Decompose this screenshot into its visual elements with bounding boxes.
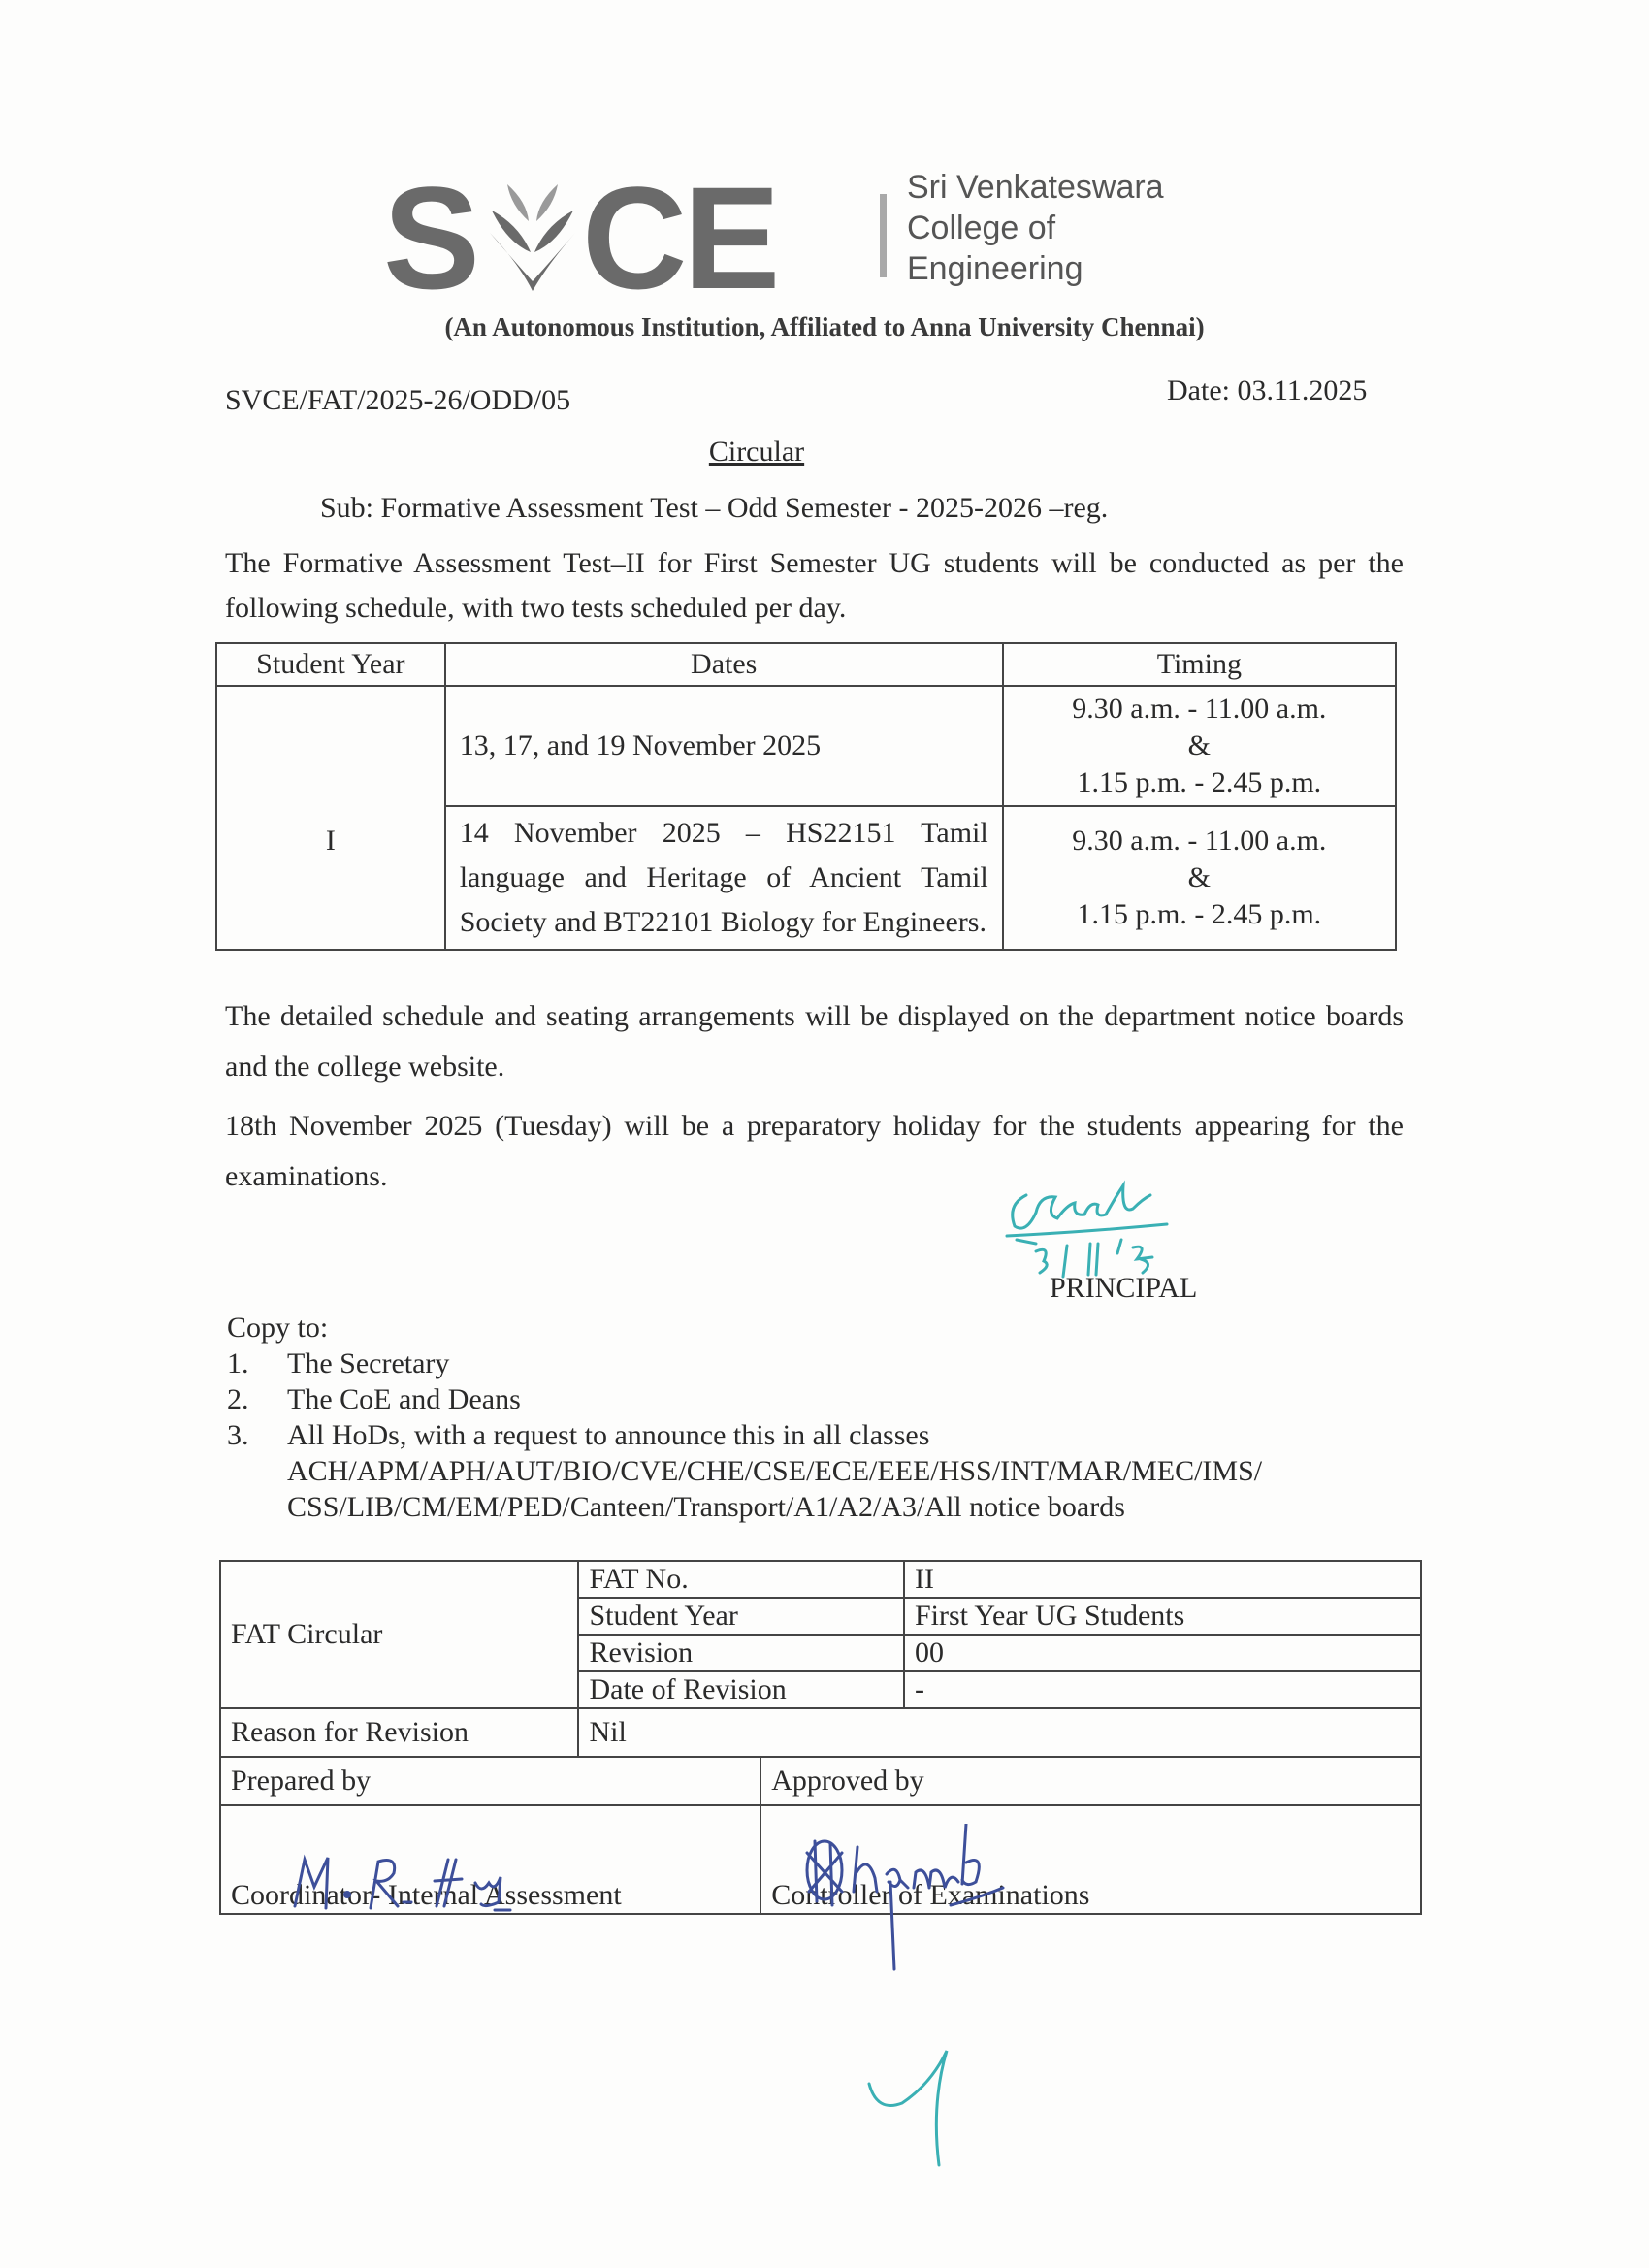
subject-line: Sub: Formative Assessment Test – Odd Sem… (320, 491, 1108, 526)
timing-slot-1: 9.30 a.m. - 11.00 a.m. (1018, 691, 1381, 728)
affiliation-text: (An Autonomous Institution, Affiliated t… (0, 312, 1649, 342)
timing-slot-2: 1.15 p.m. - 2.45 p.m. (1018, 764, 1381, 801)
logo-letters: S CE (383, 167, 868, 320)
field-label: FAT No. (578, 1561, 903, 1598)
checkmark-annotation (863, 2045, 970, 2171)
timing-cell: 9.30 a.m. - 11.00 a.m. & 1.15 p.m. - 2.4… (1003, 806, 1396, 950)
institution-name: Sri Venkateswara College of Engineering (907, 167, 1164, 289)
dates-cell: 13, 17, and 19 November 2025 (445, 686, 1003, 806)
field-value: - (904, 1671, 1421, 1708)
list-number: 3. (227, 1417, 249, 1453)
notice-paragraph: The detailed schedule and seating arrang… (225, 991, 1404, 1092)
timing-cell: 9.30 a.m. - 11.00 a.m. & 1.15 p.m. - 2.4… (1003, 686, 1396, 806)
signature-icon (795, 1824, 1145, 1979)
fat-circular-label: FAT Circular (220, 1561, 578, 1708)
coordinator-signature (291, 1848, 611, 1926)
page-title: Circular (0, 435, 1513, 470)
field-label: Student Year (578, 1598, 903, 1635)
reference-number: SVCE/FAT/2025-26/ODD/05 (225, 383, 570, 418)
student-year-cell: I (216, 686, 445, 950)
college-logo: S CE Sri Venkateswara College of Enginee… (383, 167, 1256, 303)
schedule-header-row: Student Year Dates Timing (216, 643, 1396, 686)
list-text: All HoDs, with a request to announce thi… (287, 1419, 929, 1451)
svg-text:S: S (383, 167, 476, 303)
signature-icon (997, 1176, 1249, 1282)
list-number: 1. (227, 1345, 249, 1381)
field-value: First Year UG Students (904, 1598, 1421, 1635)
intro-paragraph: The Formative Assessment Test–II for Fir… (225, 541, 1404, 631)
table-row: Reason for Revision Nil (220, 1708, 1421, 1757)
copy-to-section: Copy to: 1.The Secretary 2.The CoE and D… (227, 1310, 1262, 1525)
schedule-table: Student Year Dates Timing I 13, 17, and … (215, 642, 1397, 951)
dates-cell: 14 November 2025 – HS22151 Tamil languag… (445, 806, 1003, 950)
table-row: Prepared by Approved by (220, 1757, 1421, 1805)
circular-date: Date: 03.11.2025 (1167, 373, 1367, 408)
reason-value: Nil (578, 1708, 1421, 1757)
svg-text:CE: CE (582, 167, 776, 303)
list-text: The Secretary (287, 1347, 449, 1379)
table-row: FAT Circular FAT No. II (220, 1561, 1421, 1598)
principal-signature (997, 1176, 1249, 1282)
timing-slot-1: 9.30 a.m. - 11.00 a.m. (1018, 823, 1381, 859)
list-item: 1.The Secretary (227, 1345, 1262, 1381)
timing-separator: & (1018, 728, 1381, 764)
field-label: Date of Revision (578, 1671, 903, 1708)
list-number: 2. (227, 1381, 249, 1417)
reason-label: Reason for Revision (220, 1708, 578, 1757)
header-dates: Dates (445, 643, 1003, 686)
institution-name-line-3: Engineering (907, 248, 1164, 289)
department-list-line-2: CSS/LIB/CM/EM/PED/Canteen/Transport/A1/A… (287, 1489, 1262, 1525)
table-row: I 13, 17, and 19 November 2025 9.30 a.m.… (216, 686, 1396, 806)
timing-slot-2: 1.15 p.m. - 2.45 p.m. (1018, 896, 1381, 933)
list-item: 2.The CoE and Deans (227, 1381, 1262, 1417)
field-label: Revision (578, 1635, 903, 1671)
copy-to-list: 1.The Secretary 2.The CoE and Deans 3.Al… (227, 1345, 1262, 1525)
controller-signature (795, 1824, 1145, 1940)
timing-separator: & (1018, 859, 1381, 896)
list-item: 3.All HoDs, with a request to announce t… (227, 1417, 1262, 1525)
logo-divider (880, 194, 887, 277)
header-timing: Timing (1003, 643, 1396, 686)
list-text: The CoE and Deans (287, 1383, 521, 1415)
svce-logo-icon: S CE (383, 167, 868, 303)
approved-by-label: Approved by (760, 1757, 1421, 1805)
checkmark-icon (863, 2045, 970, 2171)
institution-name-line-2: College of (907, 208, 1164, 248)
copy-to-heading: Copy to: (227, 1310, 1262, 1345)
principal-label: PRINCIPAL (1050, 1271, 1197, 1306)
prepared-by-label: Prepared by (220, 1757, 760, 1805)
field-value: II (904, 1561, 1421, 1598)
signature-icon (291, 1848, 611, 1926)
institution-name-line-1: Sri Venkateswara (907, 167, 1164, 208)
header-student-year: Student Year (216, 643, 445, 686)
department-list-line-1: ACH/APM/APH/AUT/BIO/CVE/CHE/CSE/ECE/EEE/… (287, 1453, 1262, 1489)
field-value: 00 (904, 1635, 1421, 1671)
